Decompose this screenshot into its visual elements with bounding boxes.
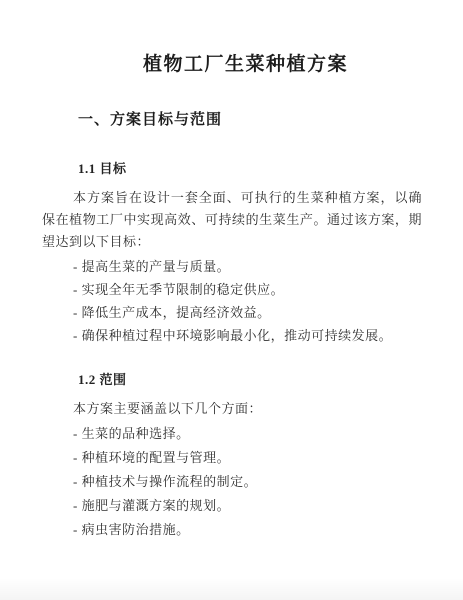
list-item: - 种植技术与操作流程的制定。: [42, 470, 422, 494]
section-heading: 一、方案目标与范围: [78, 110, 422, 130]
list-item: - 施肥与灌溉方案的规划。: [42, 494, 422, 518]
list-item: - 实现全年无季节限制的稳定供应。: [42, 278, 422, 301]
document-body: 一、方案目标与范围 1.1 目标 本方案旨在设计一套全面、可执行的生菜种植方案，…: [0, 110, 463, 542]
list-item: - 生菜的品种选择。: [42, 422, 422, 446]
list-item: - 提高生菜的产量与质量。: [42, 255, 422, 278]
list-item: - 种植环境的配置与管理。: [42, 446, 422, 470]
scope-list: - 生菜的品种选择。 - 种植环境的配置与管理。 - 种植技术与操作流程的制定。…: [42, 422, 422, 542]
list-item: - 确保种植过程中环境影响最小化，推动可持续发展。: [42, 324, 422, 347]
document-title: 植物工厂生菜种植方案: [0, 0, 463, 78]
list-item: - 病虫害防治措施。: [42, 518, 422, 542]
list-item: - 降低生产成本，提高经济效益。: [42, 301, 422, 324]
subsection-heading-goal: 1.1 目标: [78, 160, 422, 178]
scope-paragraph: 本方案主要涵盖以下几个方面：: [42, 398, 422, 420]
goal-paragraph: 本方案旨在设计一套全面、可执行的生菜种植方案，以确保在植物工厂中实现高效、可持续…: [42, 187, 422, 253]
document-page: 植物工厂生菜种植方案 一、方案目标与范围 1.1 目标 本方案旨在设计一套全面、…: [0, 0, 463, 600]
subsection-heading-scope: 1.2 范围: [78, 371, 422, 389]
goal-list: - 提高生菜的产量与质量。 - 实现全年无季节限制的稳定供应。 - 降低生产成本…: [42, 255, 422, 347]
